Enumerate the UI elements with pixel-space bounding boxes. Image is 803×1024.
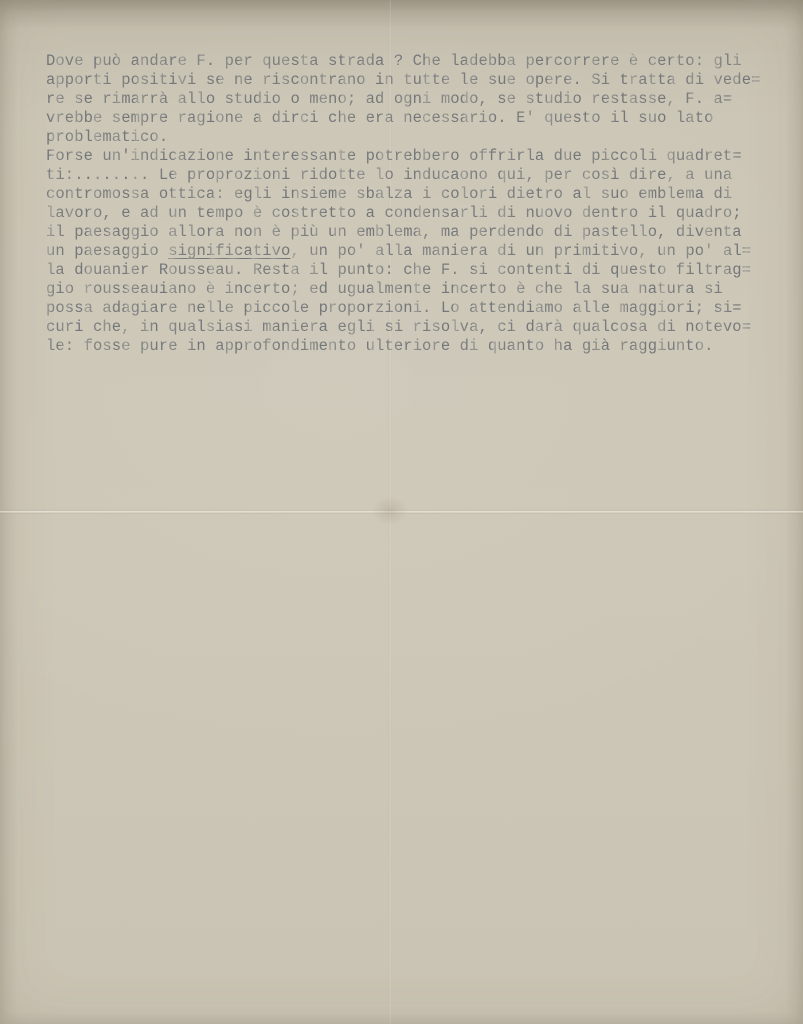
text-line: ti:........ Le proprozioni ridotte lo in… (46, 166, 776, 185)
text-line: le: fosse pure in approfondimento ulteri… (46, 337, 776, 356)
text-line: il paesaggio allora non è più un emblema… (46, 223, 776, 242)
text-line: problematico. (46, 128, 776, 147)
underlined-word: significativo (168, 242, 290, 260)
text-line: la douanier Rousseau. Resta il punto: ch… (46, 261, 776, 280)
text-line: un paesaggio significativo, un po' alla … (46, 242, 776, 261)
text-line: Forse un'indicazione interessante potreb… (46, 147, 776, 166)
text-line: gio rousseauiano è incerto; ed ugualment… (46, 280, 776, 299)
text-line: Dove può andare F. per questa strada ? C… (46, 52, 776, 71)
scanned-page: Dove può andare F. per questa strada ? C… (0, 0, 803, 1024)
text-line: lavoro, e ad un tempo è costretto a cond… (46, 204, 776, 223)
text-line: apporti positivi se ne riscontrano in tu… (46, 71, 776, 90)
text-line: contromossa ottica: egli insieme sbalza … (46, 185, 776, 204)
typewritten-text: Dove può andare F. per questa strada ? C… (46, 52, 776, 356)
text-line: possa adagiare nelle piccole proporzioni… (46, 299, 776, 318)
text-line: vrebbe sempre ragione a dirci che era ne… (46, 109, 776, 128)
text-line: curi che, in qualsiasi maniera egli si r… (46, 318, 776, 337)
fold-intersection (372, 496, 408, 526)
horizontal-fold-crease (0, 509, 803, 514)
text-line: re se rimarrà allo studio o meno; ad ogn… (46, 90, 776, 109)
